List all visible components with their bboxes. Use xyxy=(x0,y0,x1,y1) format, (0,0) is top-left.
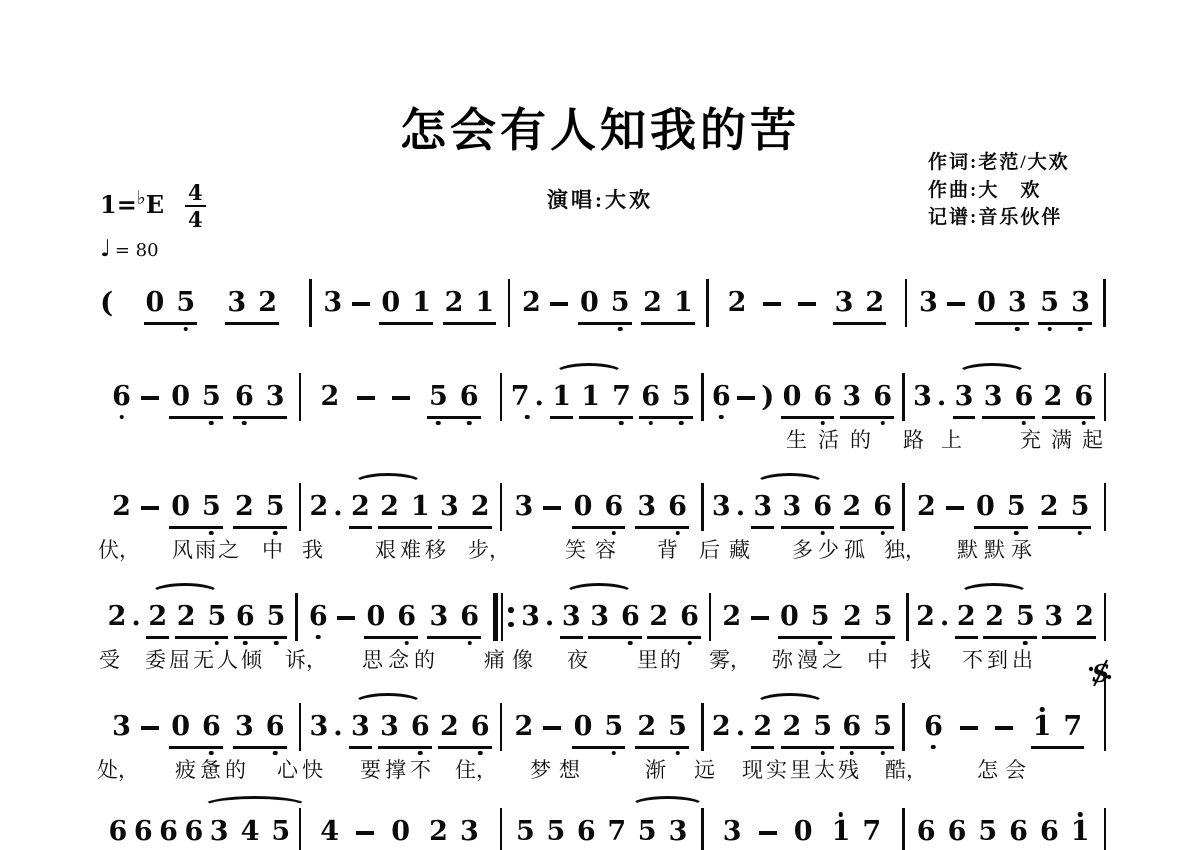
note: 2 xyxy=(522,288,541,318)
note: 5 xyxy=(429,382,448,412)
augmentation-dot: . xyxy=(940,601,949,632)
lyric-syllable: 伏， xyxy=(98,534,140,564)
lyric-syllable: 路 xyxy=(903,424,924,454)
note: 6 xyxy=(134,817,153,847)
duration-dash xyxy=(543,726,561,730)
note: 2 xyxy=(351,492,370,522)
note: 6 xyxy=(202,712,221,742)
note: 2 xyxy=(865,288,884,318)
note: 3 xyxy=(842,382,861,412)
beam-group: 63 xyxy=(233,382,287,419)
note: 3 xyxy=(1044,602,1063,632)
note: 6 xyxy=(621,602,640,632)
beam-group: 21 xyxy=(378,492,432,529)
low-octave-dot xyxy=(719,415,724,420)
note: 1 xyxy=(411,492,430,522)
augmentation-dot: . xyxy=(131,601,140,632)
note: 2 xyxy=(148,602,167,632)
high-octave-dot xyxy=(1078,812,1083,817)
augmentation-dot: . xyxy=(333,711,342,742)
segno-icon: S xyxy=(1088,658,1112,699)
note: 1 xyxy=(674,288,693,318)
augmentation-dot: . xyxy=(333,491,342,522)
lyric-syllable: 受 xyxy=(99,644,120,674)
beam-group: 65 xyxy=(840,712,894,749)
measure: 2.22532 xyxy=(909,602,1104,639)
lyric-syllable: 中 xyxy=(262,534,283,564)
lyric-syllable: 笑容 xyxy=(565,534,625,564)
note: 7. xyxy=(511,382,544,412)
note: 6 xyxy=(309,602,328,632)
close-parenthesis: ) xyxy=(761,382,774,412)
lyric-syllable: 怎会 xyxy=(977,754,1033,784)
beam-group: 56 xyxy=(427,382,481,419)
note: 1 xyxy=(475,288,494,318)
note: 1 xyxy=(1033,712,1052,742)
note: 0 xyxy=(574,712,593,742)
low-octave-dot xyxy=(618,327,623,332)
beam-group: 26 xyxy=(438,712,492,749)
duration-dash xyxy=(550,302,568,306)
beam-group: 25 xyxy=(233,492,287,529)
repeat-barline xyxy=(493,593,514,641)
note: 2 xyxy=(235,492,254,522)
lyric-syllable: 找 xyxy=(910,644,931,674)
lyric-syllable: 步， xyxy=(468,534,510,564)
lyric-syllable: 风雨之 xyxy=(172,534,241,564)
duration-dash xyxy=(751,616,769,620)
measure: 6)0636 xyxy=(704,382,903,419)
beam-group: 65 xyxy=(639,382,693,419)
measure: 3.33626 xyxy=(514,602,709,639)
svg-text:S: S xyxy=(1092,659,1109,688)
beam-group: 5 xyxy=(514,817,537,850)
note: 6 xyxy=(842,712,861,742)
note: 7 xyxy=(862,817,881,847)
note: 3 xyxy=(783,492,802,522)
high-octave-dot xyxy=(1040,707,1045,712)
duration-dash xyxy=(392,396,410,400)
note: 7 xyxy=(607,817,626,847)
note: 5 xyxy=(604,712,623,742)
note: 2 xyxy=(843,602,862,632)
note: 5 xyxy=(813,712,832,742)
low-octave-dot xyxy=(628,641,633,646)
note: 1 xyxy=(1071,817,1090,847)
note: 2 xyxy=(637,712,656,742)
note: 2 xyxy=(649,602,668,632)
measure: 3017 xyxy=(704,817,903,850)
measure: 0532 xyxy=(113,288,309,325)
note: 6 xyxy=(397,602,416,632)
open-parenthesis: ( xyxy=(100,288,113,318)
note: 6 xyxy=(604,492,623,522)
note: 0 xyxy=(391,817,410,847)
note: 3 xyxy=(440,492,459,522)
low-octave-dot xyxy=(242,421,247,426)
score-line-3: 205252.22132306363.3362620525 xyxy=(100,492,1106,531)
note: 2 xyxy=(320,382,339,412)
low-octave-dot xyxy=(931,745,936,750)
note: 0 xyxy=(780,602,799,632)
beam-group: 61 xyxy=(1038,817,1092,850)
low-octave-dot xyxy=(675,751,680,756)
beam-group: 05 xyxy=(974,492,1028,529)
augmentation-dot: . xyxy=(545,601,554,632)
beam-group: 26 xyxy=(647,602,701,639)
lyric-syllable: 弥漫之 xyxy=(772,644,847,674)
note: 3 xyxy=(112,712,131,742)
quarter-note-icon: ♩ xyxy=(100,236,111,262)
duration-dash xyxy=(356,831,374,835)
augmentation-dot: . xyxy=(736,711,745,742)
duration-dash xyxy=(947,302,965,306)
beam-group: 36 xyxy=(427,602,481,639)
lyric-syllable: 独， xyxy=(884,534,926,564)
lyric-syllable: 心快 xyxy=(277,754,327,784)
note: 6 xyxy=(184,817,203,847)
note: 5 xyxy=(873,712,892,742)
beam-group: 65 xyxy=(946,817,1000,850)
note: 2 xyxy=(177,602,196,632)
duration-dash xyxy=(337,616,355,620)
note: 6 xyxy=(948,817,967,847)
tempo-marking: ♩= 80 xyxy=(100,236,159,262)
low-octave-dot xyxy=(687,641,692,646)
lyric-syllable: 诉， xyxy=(285,644,327,674)
beam-group: 25 xyxy=(635,712,689,749)
note: 2 xyxy=(985,602,1004,632)
note: 4 xyxy=(241,817,260,847)
note: 3 xyxy=(1008,288,1027,318)
beam-group: 6 xyxy=(575,817,598,850)
lyric-syllable: 痛像 xyxy=(484,644,540,674)
lyric-syllable: 委屈无人倾 xyxy=(145,644,265,674)
lyric-syllable: 不到出 xyxy=(962,644,1037,674)
beam-group: 36 xyxy=(781,492,835,529)
duration-dash xyxy=(995,726,1013,730)
duration-dash xyxy=(798,302,816,306)
high-octave-dot xyxy=(839,812,844,817)
measure: 3.33626 xyxy=(301,712,500,749)
duration-dash xyxy=(357,396,375,400)
lyric-syllable: 现实里太残 xyxy=(742,754,862,784)
note: 6 xyxy=(680,602,699,632)
lyric-syllable: 梦想 xyxy=(530,754,588,784)
beam-group: 2 xyxy=(349,492,372,529)
measure: 3.33626 xyxy=(704,492,903,529)
note: 2 xyxy=(445,288,464,318)
low-octave-dot xyxy=(1078,531,1083,536)
note: 2 xyxy=(1044,382,1063,412)
measure: 20525 xyxy=(905,492,1104,529)
lyric-syllable: 里的 xyxy=(637,644,683,674)
note: 5 xyxy=(546,817,565,847)
note: 2 xyxy=(957,602,976,632)
low-octave-dot xyxy=(648,421,653,426)
beam-group: 53 xyxy=(1038,288,1092,325)
note: 3 xyxy=(723,817,742,847)
low-octave-dot xyxy=(316,635,321,640)
lyric-syllable: 我 xyxy=(302,534,323,564)
lyric-syllable: 充满起 xyxy=(1020,424,1113,454)
beam-group: 32 xyxy=(1042,602,1096,639)
measure: 30636 xyxy=(502,492,701,529)
measure: 232 xyxy=(709,288,905,325)
note: 3 xyxy=(1071,288,1090,318)
measure: 4023 xyxy=(301,817,500,850)
lyric-syllable: 渐 xyxy=(645,754,666,784)
lyric-syllable: 疲惫的 xyxy=(175,754,250,784)
note: 3 xyxy=(562,602,581,632)
measure: 256 xyxy=(301,382,500,419)
lyric-syllable: 雾， xyxy=(709,644,751,674)
time-signature: 4 4 xyxy=(185,181,206,231)
note: 6 xyxy=(411,712,430,742)
beam-group: 03 xyxy=(975,288,1029,325)
note: 3 xyxy=(460,817,479,847)
measure: 30636 xyxy=(100,712,299,749)
low-octave-dot xyxy=(619,421,624,426)
note: 6 xyxy=(1040,817,1059,847)
note: 5 xyxy=(1016,602,1035,632)
note: 6 xyxy=(460,602,479,632)
measure: 20525 xyxy=(711,602,906,639)
beam-group: 6 xyxy=(157,817,180,850)
note: 6 xyxy=(112,382,131,412)
beam-group: 36 xyxy=(840,382,894,419)
lyric-syllable: 生活的 xyxy=(786,424,882,454)
beam-group: 23 xyxy=(427,817,481,850)
low-octave-dot xyxy=(1015,327,1020,332)
sheet-music-page: 怎会有人知我的苦 演唱:大欢 作词:老范/大欢 作曲:大 欢 记谱:音乐伙伴 1… xyxy=(0,0,1200,850)
note: 3. xyxy=(913,382,946,412)
note: 0 xyxy=(574,492,593,522)
note: 5 xyxy=(207,602,226,632)
beam-group: 6 xyxy=(107,817,130,850)
note: 0 xyxy=(977,288,996,318)
barline xyxy=(1104,373,1107,421)
note: 0 xyxy=(366,602,385,632)
note: 6 xyxy=(873,382,892,412)
note: 3 xyxy=(637,492,656,522)
barline xyxy=(1104,808,1107,850)
beam-group: 25 xyxy=(175,602,229,639)
beam-group: 25 xyxy=(983,602,1037,639)
note: 1 xyxy=(552,382,571,412)
note: 3 xyxy=(235,712,254,742)
score-line-4: 2.22565606363.33626205252.22532 xyxy=(100,602,1106,641)
beam-group: 1 xyxy=(550,382,573,419)
beam-group: 3 xyxy=(751,492,774,529)
beam-group: 26 xyxy=(840,492,894,529)
note: 3 xyxy=(227,288,246,318)
flat-icon: ♭ xyxy=(137,187,146,209)
note: 1 xyxy=(412,288,431,318)
note: 7 xyxy=(1063,712,1082,742)
note: 3 xyxy=(380,712,399,742)
note: 3. xyxy=(712,492,745,522)
beam-group: 25 xyxy=(1038,492,1092,529)
note: 3 xyxy=(266,382,285,412)
beam-group: 25 xyxy=(841,602,895,639)
note: 2 xyxy=(380,492,399,522)
duration-dash xyxy=(737,396,755,400)
beam-group: 3 xyxy=(560,602,583,639)
measure: 30121 xyxy=(312,288,508,325)
lyricist-credit: 作词:老范/大欢 xyxy=(928,149,1070,177)
beam-group: 345 xyxy=(208,817,292,850)
measure: 3.33626 xyxy=(905,382,1104,419)
lyric-syllable: 后藏 xyxy=(699,534,759,564)
note: 2 xyxy=(728,288,747,318)
note: 2 xyxy=(429,817,448,847)
beam-group: 2 xyxy=(751,712,774,749)
note: 6 xyxy=(712,382,731,412)
note: 2. xyxy=(310,492,343,522)
duration-dash xyxy=(141,726,159,730)
note: 2 xyxy=(643,288,662,318)
barline xyxy=(1104,483,1107,531)
augmentation-dot: . xyxy=(937,381,946,412)
measure: 617 xyxy=(905,712,1104,749)
note: 2 xyxy=(440,712,459,742)
note: 3. xyxy=(521,602,554,632)
score-line-1: (0532301212052123230353 xyxy=(100,288,1106,327)
note: 0 xyxy=(580,288,599,318)
low-octave-dot xyxy=(436,421,441,426)
note: 2 xyxy=(471,492,490,522)
beam-group: 06 xyxy=(169,712,223,749)
measure: 7.11765 xyxy=(502,382,701,419)
note: 2 xyxy=(515,712,534,742)
duration-dash xyxy=(352,302,370,306)
lyric-syllable: 默默承 xyxy=(957,534,1038,564)
augmentation-dot: . xyxy=(736,491,745,522)
beam-group: 32 xyxy=(225,288,279,325)
beam-group: 36 xyxy=(233,712,287,749)
lyric-syllable: 酷， xyxy=(885,754,927,784)
duration-dash xyxy=(141,506,159,510)
note: 3. xyxy=(310,712,343,742)
note: 5 xyxy=(811,602,830,632)
lyric-syllable: 艰难移 xyxy=(375,534,450,564)
beam-group: 36 xyxy=(378,712,432,749)
note: 2 xyxy=(1040,492,1059,522)
lyric-syllable: 处， xyxy=(97,754,139,784)
repeat-thick-bar xyxy=(493,593,498,641)
measure: 20521 xyxy=(510,288,706,325)
low-octave-dot xyxy=(467,641,472,646)
note: 0 xyxy=(976,492,995,522)
beam-group: 36 xyxy=(982,382,1036,419)
lyric-syllable: 思念的 xyxy=(362,644,440,674)
duration-dash xyxy=(141,396,159,400)
note: 5 xyxy=(1071,492,1090,522)
note: 6 xyxy=(1009,817,1028,847)
beam-group: 21 xyxy=(641,288,695,325)
note: 5 xyxy=(267,602,286,632)
note: 4 xyxy=(320,817,339,847)
measure: 60636 xyxy=(298,602,493,639)
lyric-syllable: 多少孤 xyxy=(792,534,870,564)
score-line-5: 306363.33626205252.22565617S xyxy=(100,712,1106,751)
lyric-syllable: 背 xyxy=(657,534,678,564)
note: 3 xyxy=(984,382,1003,412)
note: 2 xyxy=(1075,602,1094,632)
composer-credit: 作曲:大 欢 xyxy=(928,177,1070,205)
note: 3 xyxy=(590,602,609,632)
note: 6 xyxy=(460,382,479,412)
note: 0 xyxy=(146,288,165,318)
note: 3 xyxy=(429,602,448,632)
beam-group: 3 xyxy=(349,712,372,749)
duration-dash xyxy=(946,506,964,510)
lyric-syllable: 中 xyxy=(867,644,888,674)
lyric-syllable: 住， xyxy=(455,754,497,784)
note: 2. xyxy=(108,602,141,632)
repeat-thin-bar xyxy=(501,593,504,641)
beam-group: 25 xyxy=(781,712,835,749)
measure: 2.22565 xyxy=(100,602,295,639)
barline xyxy=(1104,593,1107,641)
low-octave-dot xyxy=(1047,327,1052,332)
beam-group: 32 xyxy=(833,288,887,325)
note: 7 xyxy=(612,382,631,412)
lyric-syllable: 远 xyxy=(694,754,715,784)
note: 5 xyxy=(266,492,285,522)
beam-group: 01 xyxy=(379,288,433,325)
beam-group: 06 xyxy=(572,492,626,529)
beam-group: 06 xyxy=(364,602,418,639)
note: 2 xyxy=(917,492,936,522)
note: 3 xyxy=(919,288,938,318)
measure: 556753 xyxy=(502,817,701,850)
beam-group: 3 xyxy=(953,382,976,419)
beam-group: 2 xyxy=(955,602,978,639)
beam-group: 36 xyxy=(635,492,689,529)
measure: 20525 xyxy=(100,492,299,529)
note: 6 xyxy=(813,382,832,412)
measure: 20525 xyxy=(502,712,701,749)
beam-group: 53 xyxy=(636,817,690,850)
note: 5 xyxy=(1040,288,1059,318)
note: 5 xyxy=(202,382,221,412)
beam-group: 17 xyxy=(830,817,884,850)
note: 3 xyxy=(323,288,342,318)
key-signature: 1=♭E xyxy=(100,190,164,219)
note: 1 xyxy=(832,817,851,847)
note: 6 xyxy=(235,382,254,412)
beam-group: 05 xyxy=(144,288,198,325)
note: 2 xyxy=(722,602,741,632)
score-line-6: 666634540235567533017665661 xyxy=(100,817,1106,850)
note: 5 xyxy=(668,712,687,742)
beam-group: 05 xyxy=(169,382,223,419)
note: 6 xyxy=(641,382,660,412)
barline xyxy=(1103,279,1106,327)
beam-group: 2 xyxy=(146,602,169,639)
lyric-syllable: 上 xyxy=(941,424,962,454)
beam-group: 05 xyxy=(572,712,626,749)
note: 2. xyxy=(916,602,949,632)
note: 3 xyxy=(955,382,974,412)
note: 5 xyxy=(638,817,657,847)
measure: 6666345 xyxy=(100,817,299,850)
note: 2 xyxy=(753,712,772,742)
measure: 60563 xyxy=(100,382,299,419)
note: 1 xyxy=(581,382,600,412)
